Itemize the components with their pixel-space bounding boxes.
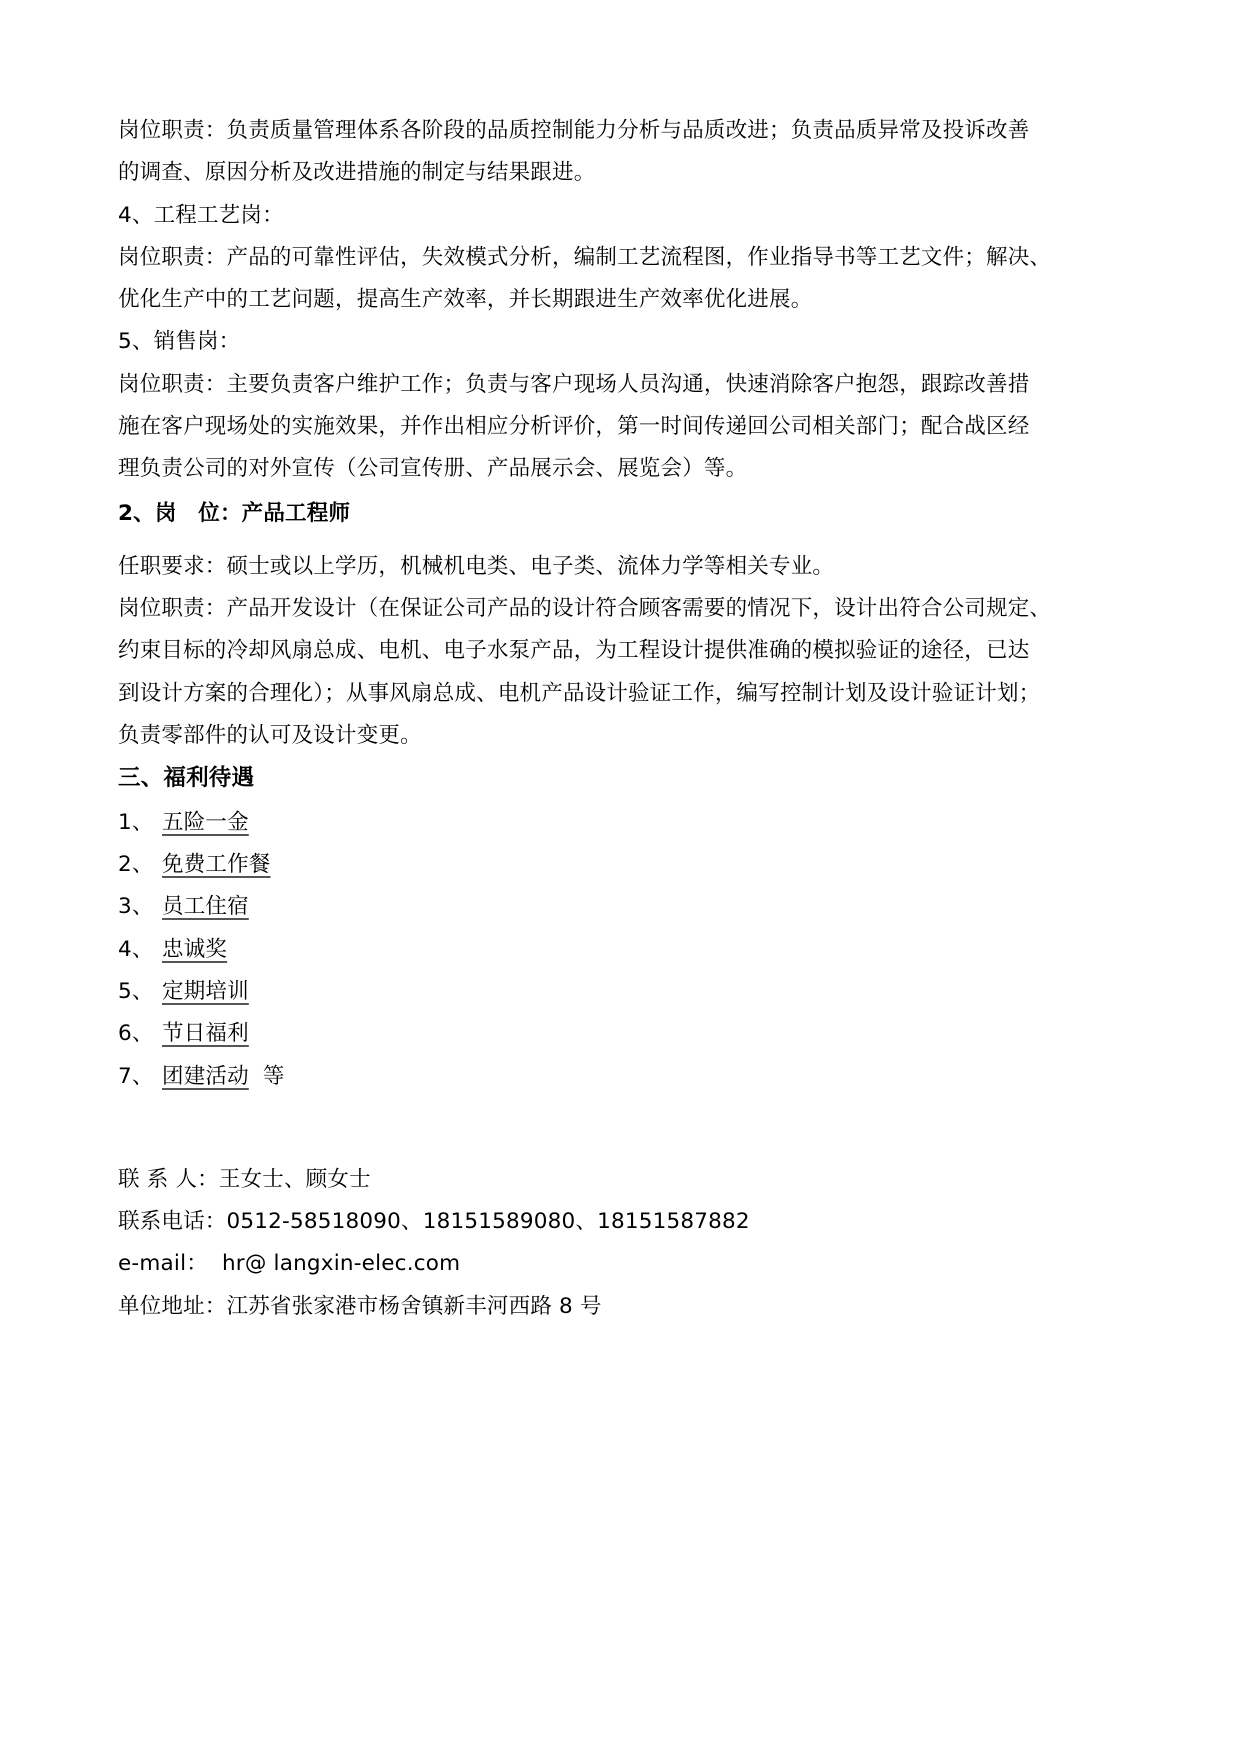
contact-email: e-mail：hr@ langxin-elec.com [118, 1249, 460, 1279]
sales-duty-line1: 岗位职责：主要负责客户维护工作；负责与客户现场人员沟通，快速消除客户抱怨，跟踪改… [118, 370, 1029, 400]
contact-phone-label: 联系电话： [118, 1209, 227, 1234]
benefit-label: 员工住宿 [162, 894, 249, 919]
contact-phone: 联系电话：0512-58518090、18151589080、181515878… [118, 1207, 750, 1237]
benefit-label: 定期培训 [162, 979, 249, 1004]
benefit-number: 5、 [118, 977, 162, 1007]
quality-duty-line1: 岗位职责：负责质量管理体系各阶段的品质控制能力分析与品质改进；负责品质异常及投诉… [118, 116, 1029, 146]
benefit-item: 3、员工住宿 [118, 892, 249, 922]
position2-duty-line4: 负责零部件的认可及设计变更。 [118, 721, 422, 751]
benefit-item: 2、免费工作餐 [118, 850, 271, 880]
benefit-item: 7、团建活动等 [118, 1062, 285, 1092]
position2-requirement: 任职要求：硕士或以上学历，机械机电类、电子类、流体力学等相关专业。 [118, 552, 834, 582]
benefit-item: 4、忠诚奖 [118, 935, 227, 965]
position2-duty-line2: 约束目标的冷却风扇总成、电机、电子水泵产品，为工程设计提供准确的模拟验证的途径，… [118, 636, 1029, 666]
benefit-suffix: 等 [263, 1064, 285, 1089]
contact-address-value: 江苏省张家港市杨舍镇新丰河西路 8 号 [227, 1294, 602, 1319]
contact-person: 联 系 人：王女士、顾女士 [118, 1165, 371, 1195]
document-page: 岗位职责：负责质量管理体系各阶段的品质控制能力分析与品质改进；负责品质异常及投诉… [0, 0, 1241, 1755]
process-duty-line1: 岗位职责：产品的可靠性评估，失效模式分析，编制工艺流程图，作业指导书等工艺文件；… [118, 243, 1051, 273]
benefits-heading: 三、福利待遇 [118, 763, 254, 793]
quality-duty-line2: 的调查、原因分析及改进措施的制定与结果跟进。 [118, 158, 595, 188]
position2-duty-line3: 到设计方案的合理化）；从事风扇总成、电机产品设计验证工作，编写控制计划及设计验证… [118, 679, 1040, 709]
process-position-title: 4、工程工艺岗： [118, 201, 284, 231]
benefit-item: 6、节日福利 [118, 1019, 249, 1049]
benefit-item: 5、定期培训 [118, 977, 249, 1007]
contact-person-value: 王女士、顾女士 [219, 1167, 371, 1192]
contact-address: 单位地址：江苏省张家港市杨舍镇新丰河西路 8 号 [118, 1292, 602, 1322]
contact-person-label: 联 系 人： [118, 1167, 219, 1192]
contact-email-value: hr@ langxin-elec.com [222, 1251, 460, 1276]
benefit-label: 节日福利 [162, 1021, 249, 1046]
benefit-label: 忠诚奖 [162, 937, 227, 962]
contact-address-label: 单位地址： [118, 1294, 227, 1319]
benefit-label: 五险一金 [162, 810, 249, 835]
contact-email-label: e-mail： [118, 1251, 208, 1276]
benefit-item: 1、五险一金 [118, 808, 249, 838]
sales-duty-line2: 施在客户现场处的实施效果，并作出相应分析评价，第一时间传递回公司相关部门；配合战… [118, 412, 1029, 442]
benefit-label: 团建活动 [162, 1064, 249, 1089]
benefit-number: 1、 [118, 808, 162, 838]
benefit-number: 4、 [118, 935, 162, 965]
benefit-number: 6、 [118, 1019, 162, 1049]
benefit-number: 7、 [118, 1062, 162, 1092]
sales-duty-line3: 理负责公司的对外宣传（公司宣传册、产品展示会、展览会）等。 [118, 454, 747, 484]
sales-position-title: 5、销售岗： [118, 327, 240, 357]
position2-duty-line1: 岗位职责：产品开发设计（在保证公司产品的设计符合顾客需要的情况下，设计出符合公司… [118, 594, 1051, 624]
benefit-number: 2、 [118, 850, 162, 880]
process-duty-line2: 优化生产中的工艺问题，提高生产效率，并长期跟进生产效率优化进展。 [118, 285, 812, 315]
benefit-label: 免费工作餐 [162, 852, 271, 877]
position2-heading: 2、岗 位：产品工程师 [118, 499, 350, 529]
benefit-number: 3、 [118, 892, 162, 922]
contact-phone-value: 0512-58518090、18151589080、18151587882 [227, 1209, 750, 1234]
